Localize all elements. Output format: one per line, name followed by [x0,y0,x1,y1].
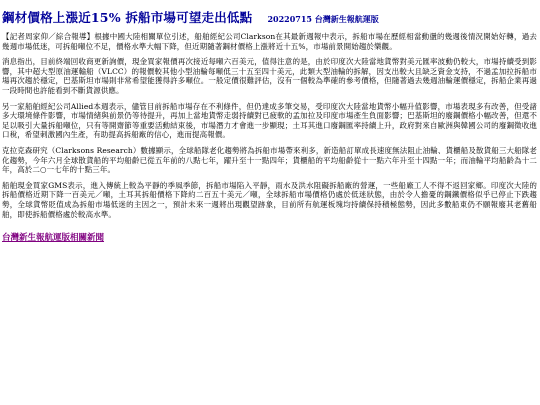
article-paragraph-3: 另一家船舶經紀公司Allied本週表示，儘管目前拆船市場存在不利條件，但仍達成多… [2,102,537,140]
news-article-page: 鋼材價格上漲近15% 拆船市場可望走出低點 20220715 台灣新生報航運版 … [0,0,540,244]
article-paragraph-1: 【記者周家仰／綜合報導】根據中國大陸相關單位引述，船舶經紀公司Clarkson在… [2,32,537,51]
article-paragraph-4: 克拉克森研究（Clarksons Research）數據顯示，全球船隊老化趨勢將… [2,146,537,175]
article-body: 【記者周家仰／綜合報導】根據中國大陸相關單位引述，船舶經紀公司Clarkson在… [2,32,537,219]
article-headline: 鋼材價格上漲近15% 拆船市場可望走出低點 20220715 台灣新生報航運版 [2,4,537,26]
related-news-link[interactable]: 台灣新生報航運版相關新聞 [2,231,104,243]
article-paragraph-2: 消息指出，目前終端回收商更新詢價，現金買家報價再次接近每噸六百美元，值得注意的是… [2,57,537,95]
article-date-source: 20220715 台灣新生報航運版 [267,14,378,24]
article-paragraph-5: 船舶現金買家GMS表示，進入傳統上較為平靜的季風季節，拆船市場陷入平靜，雨水及洪… [2,181,537,219]
article-title: 鋼材價格上漲近15% 拆船市場可望走出低點 [2,10,252,25]
